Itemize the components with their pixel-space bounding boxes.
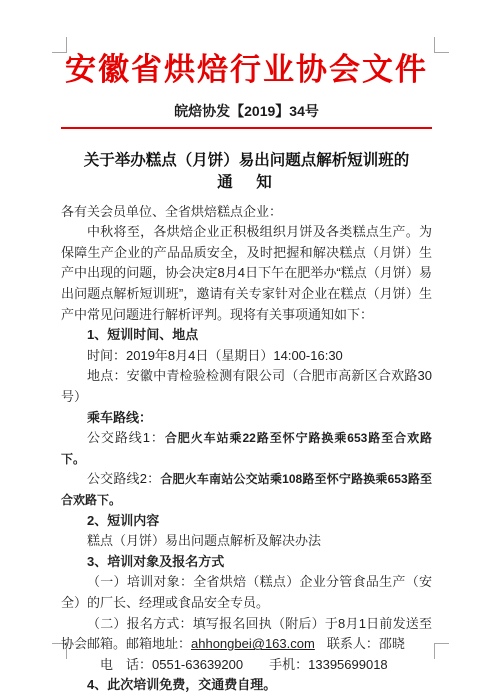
notice-title: 关于举办糕点（月饼）易出问题点解析短训班的 通 知: [61, 150, 432, 194]
document-page: 安徽省烘焙行业协会文件 皖焙协发【2019】34号 关于举办糕点（月饼）易出问题…: [0, 0, 492, 700]
salutation: 各有关会员单位、全省烘焙糕点企业：: [61, 202, 432, 223]
notice-title-line2: 通 知: [61, 172, 432, 194]
training-target-item: （一）培训对象：全省烘焙（糕点）企业分管食品生产（安全）的厂长、经理或食品安全专…: [61, 572, 432, 613]
telephone-number: 0551-63639200: [152, 657, 243, 672]
red-separator-line: [61, 127, 432, 129]
bus-route-2: 公交路线2：合肥火车南站公交站乘108路至怀宁路换乘653路至合欢路下。: [61, 469, 432, 510]
document-content: 安徽省烘焙行业协会文件 皖焙协发【2019】34号 关于举办糕点（月饼）易出问题…: [61, 0, 432, 696]
contact-person: 联系人：邵晓: [327, 636, 405, 651]
notice-body: 各有关会员单位、全省烘焙糕点企业： 中秋将至，各烘焙企业正积极组织月饼及各类糕点…: [61, 202, 432, 696]
section4-heading: 4、此次培训免费，交通费自理。: [61, 675, 432, 696]
mobile-number: 13395699018: [308, 657, 388, 672]
bus-route-1: 公交路线1：合肥火车站乘22路至怀宁路换乘653路至合欢路下。: [61, 428, 432, 469]
bus-route-2-label: 公交路线2：: [87, 471, 160, 486]
section1-heading: 1、短训时间、地点: [61, 325, 432, 346]
section2-heading: 2、短训内容: [61, 511, 432, 532]
intro-paragraph: 中秋将至，各烘焙企业正积极组织月饼及各类糕点生产。为保障生产企业的产品品质安全，…: [61, 222, 432, 325]
masthead-title: 安徽省烘焙行业协会文件: [61, 50, 432, 90]
section3-heading: 3、培训对象及报名方式: [61, 552, 432, 573]
place-line: 地点：安徽中青检验检测有限公司（合肥市高新区合欢路30号）: [61, 366, 432, 407]
time-line: 时间：2019年8月4日（星期日）14:00-16:30: [61, 346, 432, 367]
notice-title-line1: 关于举办糕点（月饼）易出问题点解析短训班的: [61, 150, 432, 172]
email-link[interactable]: ahhongbei@163.com: [191, 636, 315, 651]
mobile-label: 手机：: [269, 657, 308, 672]
bus-route-1-label: 公交路线1：: [87, 430, 165, 445]
bus-route-heading: 乘车路线：: [61, 408, 432, 429]
crop-mark-bottom-right: [434, 643, 449, 659]
mobile-group: 手机：13395699018: [269, 657, 388, 672]
document-number: 皖焙协发【2019】34号: [61, 101, 432, 121]
section2-content: 糕点（月饼）易出问题点解析及解决办法: [61, 531, 432, 552]
telephone-label: 电 话：: [100, 657, 152, 672]
phone-line: 电 话：0551-63639200手机：13395699018: [61, 655, 432, 676]
crop-mark-top-right: [434, 37, 449, 53]
registration-item: （二）报名方式：填写报名回执（附后）于8月1日前发送至协会邮箱。邮箱地址：ahh…: [61, 614, 432, 655]
